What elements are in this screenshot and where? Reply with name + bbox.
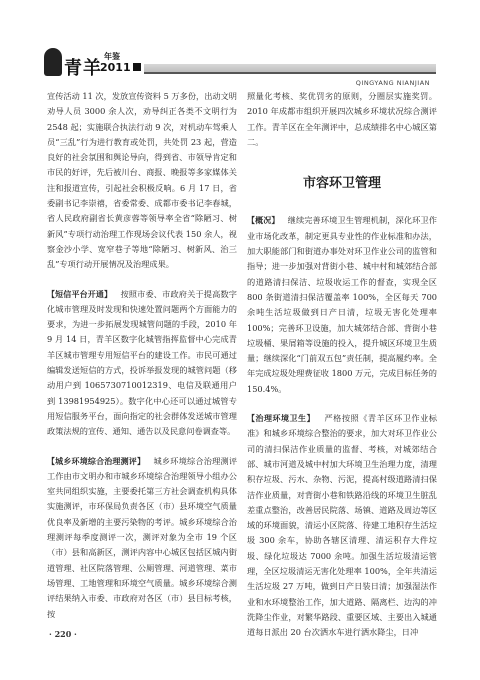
paragraph-overview: 【概况】 继续完善环境卫生管理机制，深化环卫作业市场化改革，制定更具专业性的作业… [247, 213, 437, 397]
square-marker-icon [133, 63, 141, 71]
section-title: 市容环卫管理 [247, 176, 437, 191]
page-number: · 220 · [49, 629, 77, 639]
left-column: 宣传活动 11 次，发放宣传资料 5 万多份，出动文明劝导人员 3000 余人次… [47, 89, 237, 622]
paragraph-heading: 【治理环境卫生】 [247, 414, 315, 423]
paragraph-heading: 【短信平台开通】 [47, 290, 112, 299]
paragraph: 宣传活动 11 次，发放宣传资料 5 万多份，出动文明劝导人员 3000 余人次… [47, 89, 237, 273]
running-header: 青羊 年鉴 2011 QINGYANG NIANJIAN [40, 48, 440, 78]
right-column: 照量化考核、奖优罚劣的原则，分圈层实施奖罚。2010 年成都市组织开展四次城乡环… [247, 89, 437, 641]
paragraph-body: 按照市委、市政府关于提高数字化城市管理及时发现和快速处置问题两个方面能力的要求，… [47, 289, 237, 437]
logo-year: 2011 [100, 61, 131, 74]
paragraph-evaluation: 【城乡环境综合治理测评】 城乡环境综合治理测评工作由市文明办和市城乡环境综合治理… [47, 454, 237, 622]
logo-title: 青羊 [64, 54, 102, 80]
running-head-english: QINGYANG NIANJIAN [356, 79, 430, 87]
goat-logo-icon [44, 48, 62, 76]
paragraph-body: 城乡环境综合治理测评工作由市文明办和市城乡环境综合治理领导小组办公室共同组织实施… [47, 456, 237, 619]
paragraph-heading: 【概况】 [247, 216, 279, 225]
paragraph: 照量化考核、奖优罚劣的原则，分圈层实施奖罚。2010 年成都市组织开展四次城乡环… [247, 89, 437, 150]
paragraph-body: 严格按照《青羊区环卫作业标准》和城乡环境综合整治的要求，加大对环卫作业公司的清扫… [247, 413, 437, 637]
paragraph-body: 继续完善环境卫生管理机制，深化环卫作业市场化改革，制定更具专业性的作业标准和办法… [247, 215, 437, 393]
header-rule: QINGYANG NIANJIAN [144, 64, 436, 74]
paragraph-sms-platform: 【短信平台开通】 按照市委、市政府关于提高数字化城市管理及时发现和快速处置问题两… [47, 287, 237, 440]
paragraph-heading: 【城乡环境综合治理测评】 [47, 457, 145, 466]
paragraph-sanitation: 【治理环境卫生】 严格按照《青羊区环卫作业标准》和城乡环境综合整治的要求，加大对… [247, 411, 437, 640]
